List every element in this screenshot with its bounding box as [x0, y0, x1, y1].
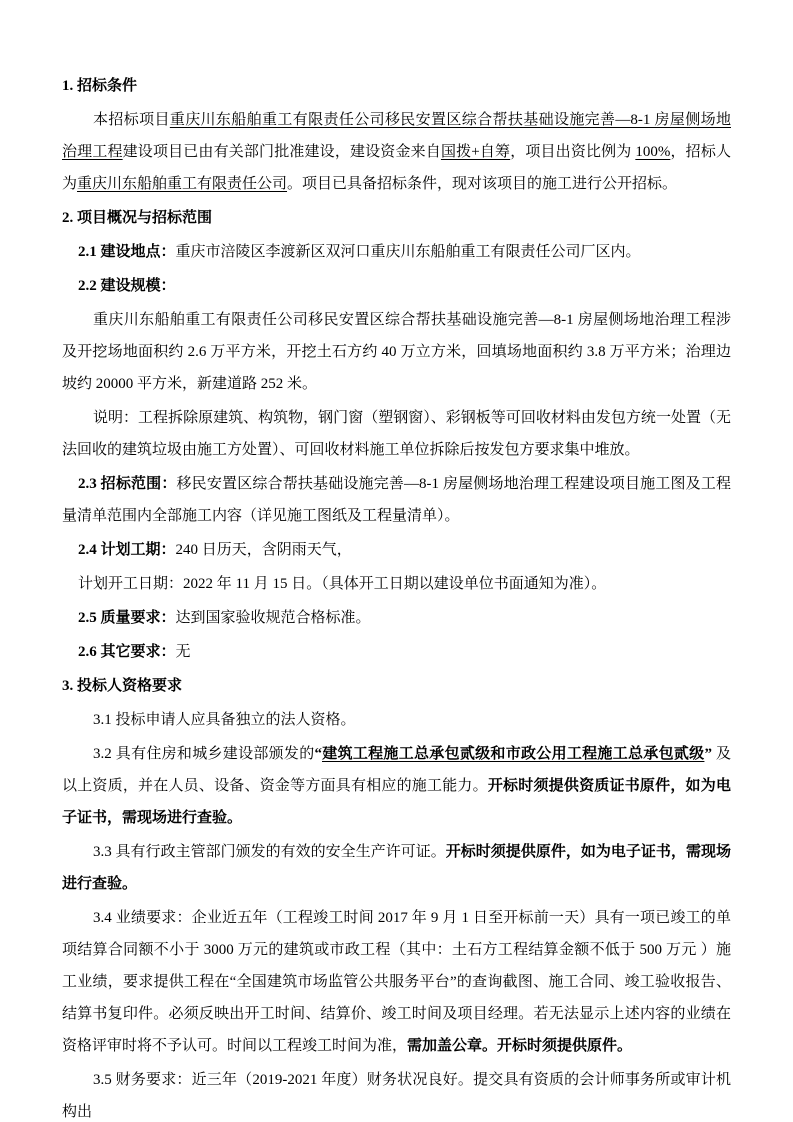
paragraph: 本招标项目重庆川东船舶重工有限责任公司移民安置区综合帮扶基础设施完善—8-1 房… — [62, 104, 731, 200]
text-run: ，项目出资比例为 — [510, 144, 635, 160]
bold-text-run: “ — [315, 746, 323, 762]
underlined-text-run: 100% — [635, 144, 670, 160]
bold-text-run: 2.6 其它要求： — [78, 644, 176, 660]
document-body: 1. 招标条件本招标项目重庆川东船舶重工有限责任公司移民安置区综合帮扶基础设施完… — [62, 70, 731, 1122]
text-run: 计划开工日期：2022 年 11 月 15 日。（具体开工日期以建设单位书面通知… — [78, 576, 606, 592]
paragraph: 说明：工程拆除原建筑、构筑物，钢门窗（塑钢窗）、彩钢板等可回收材料由发包方统一处… — [62, 402, 731, 466]
document-page: 1. 招标条件本招标项目重庆川东船舶重工有限责任公司移民安置区综合帮扶基础设施完… — [0, 0, 793, 1122]
paragraph: 2.6 其它要求：无 — [62, 636, 731, 668]
underlined-text-run: 国拨+自筹 — [441, 144, 510, 160]
text-run: 3.3 具有行政主管部门颁发的有效的安全生产许可证。 — [93, 844, 446, 860]
paragraph: 2.4 计划工期：240 日历天，含阴雨天气， — [62, 534, 731, 566]
bold-text-run: 2.4 计划工期： — [78, 542, 176, 558]
underlined-text-run: 重庆川东船舶重工有限责任公司 — [77, 176, 287, 192]
paragraph: 重庆川东船舶重工有限责任公司移民安置区综合帮扶基础设施完善—8-1 房屋侧场地治… — [62, 304, 731, 400]
text-run: 3.2 具有住房和城乡建设部颁发的 — [93, 746, 315, 762]
section-heading: 1. 招标条件 — [62, 70, 731, 102]
text-run: 本招标项目 — [93, 112, 170, 128]
text-run: 说明：工程拆除原建筑、构筑物，钢门窗（塑钢窗）、彩钢板等可回收材料由发包方统一处… — [62, 410, 731, 458]
bold-text-run: 2.5 质量要求： — [78, 610, 176, 626]
paragraph: 3.3 具有行政主管部门颁发的有效的安全生产许可证。开标时须提供原件，如为电子证… — [62, 836, 731, 900]
text-run: 达到国家验收规范合格标准。 — [176, 610, 371, 626]
underlined-text-run: 建筑工程施工总承包贰级和市政公用工程施工总承包贰级 — [322, 746, 704, 762]
bold-text-run: 2.2 建设规模： — [78, 278, 176, 294]
paragraph: 计划开工日期：2022 年 11 月 15 日。（具体开工日期以建设单位书面通知… — [62, 568, 731, 600]
text-run: 重庆川东船舶重工有限责任公司移民安置区综合帮扶基础设施完善—8-1 房屋侧场地治… — [62, 312, 731, 392]
paragraph: 2.3 招标范围：移民安置区综合帮扶基础设施完善—8-1 房屋侧场地治理工程建设… — [62, 468, 731, 532]
paragraph: 2.5 质量要求：达到国家验收规范合格标准。 — [62, 602, 731, 634]
paragraph: 3.2 具有住房和城乡建设部颁发的“建筑工程施工总承包贰级和市政公用工程施工总承… — [62, 738, 731, 834]
text-run: 240 日历天，含阴雨天气， — [176, 542, 352, 558]
bold-text-run: 3. 投标人资格要求 — [62, 678, 182, 694]
text-run: 无 — [176, 644, 191, 660]
bold-text-run: 2.1 建设地点： — [78, 244, 176, 260]
paragraph: 3.5 财务要求：近三年（2019-2021 年度）财务状况良好。提交具有资质的… — [62, 1064, 731, 1122]
text-run: 3.5 财务要求：近三年（2019-2021 年度）财务状况良好。提交具有资质的… — [62, 1072, 731, 1120]
paragraph: 3.4 业绩要求：企业近五年（工程竣工时间 2017 年 9 月 1 日至开标前… — [62, 902, 731, 1062]
bold-text-run: 1. 招标条件 — [62, 78, 137, 94]
text-run: 3.1 投标申请人应具备独立的法人资格。 — [93, 712, 356, 728]
text-run: 重庆市涪陵区李渡新区双河口重庆川东船舶重工有限责任公司厂区内。 — [176, 244, 641, 260]
bold-text-run: 需加盖公章。开标时须提供原件。 — [407, 1038, 632, 1054]
text-run: 建设项目已由有关部门批准建设，建设资金来自 — [123, 144, 441, 160]
bold-text-run: 2.3 招标范围： — [78, 476, 177, 492]
text-run: 3.4 业绩要求：企业近五年（工程竣工时间 2017 年 9 月 1 日至开标前… — [62, 910, 731, 1054]
bold-text-run: 2. 项目概况与招标范围 — [62, 210, 212, 226]
paragraph: 2.1 建设地点：重庆市涪陵区李渡新区双河口重庆川东船舶重工有限责任公司厂区内。 — [62, 236, 731, 268]
text-run: 。项目已具备招标条件，现对该项目的施工进行公开招标。 — [287, 176, 677, 192]
paragraph: 3.1 投标申请人应具备独立的法人资格。 — [62, 704, 731, 736]
bold-text-run: ” — [704, 746, 712, 762]
section-heading: 2. 项目概况与招标范围 — [62, 202, 731, 234]
section-heading: 3. 投标人资格要求 — [62, 670, 731, 702]
paragraph: 2.2 建设规模： — [62, 270, 731, 302]
